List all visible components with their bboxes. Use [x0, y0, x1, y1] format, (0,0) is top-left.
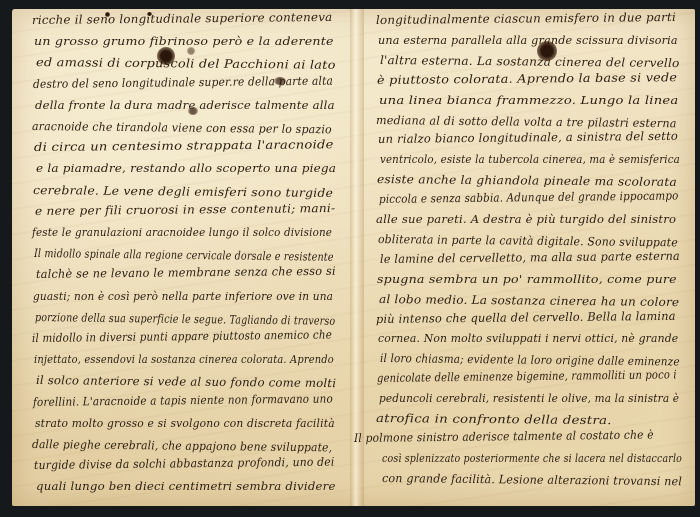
ink-stain	[105, 12, 110, 17]
handwritten-line: injettato, essendovi la sostanza cinerea…	[34, 352, 334, 366]
ink-stain	[147, 12, 152, 16]
handwritten-line: una esterna parallela alla grande scissu…	[378, 33, 678, 47]
handwritten-line: il midollo in diversi punti appare piutt…	[32, 327, 332, 345]
handwritten-line: forellini. L'aracnoide a tapis niente no…	[33, 391, 333, 409]
handwritten-line: destro del seno longitudinale super.re d…	[33, 73, 333, 90]
handwritten-line: turgide divise da solchi abbastanza prof…	[34, 455, 335, 472]
handwritten-line: Il polmone sinistro aderisce talmente al…	[354, 427, 654, 444]
handwritten-line: l'altra esterna. La sostanza cinerea del…	[380, 53, 680, 70]
manuscript-sheet: ricche il seno longitudinale superiore c…	[12, 9, 695, 506]
ink-stain	[157, 47, 175, 65]
handwritten-line: ricche il seno longitudinale superiore c…	[32, 10, 333, 27]
handwritten-line: quali lungo ben dieci centimetri sembra …	[36, 479, 336, 493]
ink-stain	[187, 47, 195, 55]
handwritten-line: e la piamadre, restando allo scoperto un…	[36, 161, 336, 175]
handwritten-line: peduncoli cerebrali, resistenti le olive…	[379, 391, 679, 405]
handwritten-line: al lobo medio. La sostanza cinerea ha un…	[379, 292, 679, 309]
handwritten-line: mediana al di sotto della volta a tre pi…	[376, 113, 677, 130]
ink-stain	[537, 41, 557, 61]
handwritten-line: con grande facilità. Lesione alterazioni…	[382, 471, 682, 488]
handwritten-line: ventricolo, esiste la tubercola cinerea,…	[380, 152, 680, 166]
handwritten-line: le lamine del cervelletto, ma alla sua p…	[380, 249, 680, 266]
handwritten-line: così splenizzato posteriormente che si l…	[382, 451, 682, 465]
handwritten-line: atrofica in confronto della destra.	[376, 411, 612, 427]
handwritten-line: talchè se ne levano le membrane senza ch…	[36, 264, 336, 281]
handwritten-line: e nere per fili cruorosi in esse contenu…	[35, 201, 335, 218]
handwritten-line: il loro chiasma; evidente la loro origin…	[380, 351, 680, 369]
handwritten-line: il solco anteriore si vede al suo fondo …	[36, 373, 336, 390]
handwritten-line: ed amassi di corpuscoli del Pacchioni ai…	[36, 55, 336, 72]
handwritten-line: guasti; non è così però nella parte infe…	[33, 289, 333, 303]
handwritten-line: della fronte la dura madre aderisce talm…	[35, 98, 335, 112]
handwritten-line: dalle pieghe cerebrali, che appajono ben…	[32, 437, 332, 454]
handwritten-line: Il midollo spinale alla regione cervical…	[34, 246, 334, 264]
handwritten-line: esiste anche la ghiandola pineale ma sco…	[377, 172, 677, 189]
left-page: ricche il seno longitudinale superiore c…	[12, 9, 350, 506]
handwritten-line: un rialzo bianco longitudinale, a sinist…	[378, 129, 678, 146]
handwritten-line: una linea bianca frammezzo. Lungo la lin…	[379, 93, 678, 107]
handwritten-line: alle sue pareti. A destra è più turgido …	[376, 212, 676, 226]
handwritten-line: obliterata in parte la cavità digitale. …	[378, 232, 678, 249]
handwritten-line: spugna sembra un po' rammollito, come pu…	[377, 272, 677, 286]
ink-stain	[188, 107, 198, 115]
handwritten-line: feste le granulazioni aracnoidee lungo i…	[32, 225, 332, 239]
handwritten-line: di circa un centesimo strappata l'aracno…	[34, 137, 334, 154]
handwritten-line: piccola e senza sabbia. Adunque del gran…	[379, 189, 679, 207]
handwritten-line: longitudinalmente ciascun emisfero in du…	[376, 10, 676, 27]
handwritten-line: strato molto grosso e si svolgono con di…	[35, 416, 335, 430]
handwritten-line: porzione della sua superficie le segue. …	[35, 310, 335, 328]
handwritten-line: un grosso grumo fibrinoso però e la ader…	[34, 34, 334, 48]
handwritten-line: più intenso che quella del cervello. Bel…	[376, 308, 676, 325]
handwritten-line: genicolate delle eminenze bigemine, ramm…	[377, 368, 677, 386]
handwritten-line: aracnoide che tirandola viene con essa p…	[32, 119, 332, 136]
handwritten-line: è piuttosto colorata. Aprendo la base si…	[377, 70, 677, 87]
right-page: longitudinalmente ciascun emisfero in du…	[364, 9, 695, 506]
handwritten-line: cerebrale. Le vene degli emisferi sono t…	[33, 183, 333, 200]
ink-stain	[274, 77, 286, 85]
handwritten-line: cornea. Non molto sviluppati i nervi ott…	[378, 331, 678, 345]
